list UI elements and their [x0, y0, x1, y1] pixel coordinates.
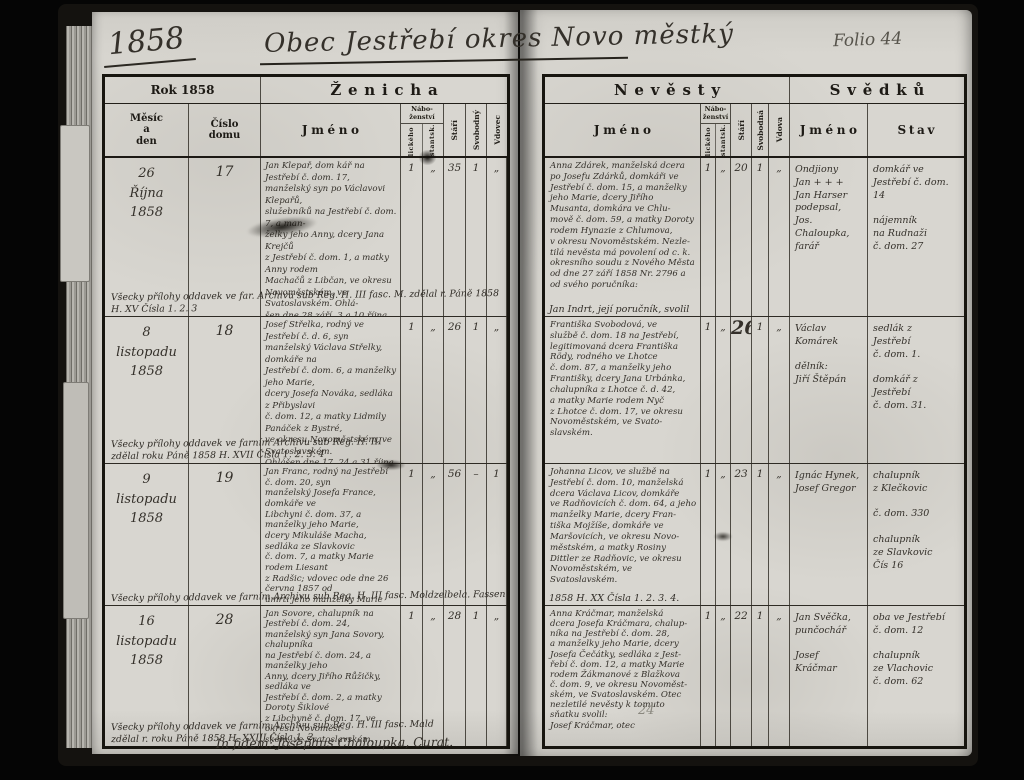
groom-table: Rok 1858 Ženicha Měsíc a den Číslo domu …	[102, 74, 510, 749]
bride-extra-note: 1858 H. XX Čísla 1. 2. 3. 4.	[549, 593, 701, 604]
record-row-groom: 16 listopadu 1858 28 Jan Sovore, chalupn…	[105, 606, 507, 746]
register-scan: 1858 Obec Jestřebí okres Novo městký Fol…	[0, 0, 1024, 780]
nabozenstvi-header-group: Nábo- ženství katolického protestantsk.	[401, 104, 444, 156]
bride-table-subheader: Jméno Nábo- ženství katolického protesta…	[545, 104, 964, 158]
bride-widow: „	[769, 606, 790, 746]
in-fidem-signature: In fidem: Josephus Chaloupka, Curat.	[216, 734, 453, 751]
record-row-groom: 26 Října 1858 17 Jan Klepař, dom kář na …	[105, 158, 507, 317]
groom-single: –	[466, 464, 487, 605]
bride-witness-table: Nevěsty Svědků Jméno Nábo- ženství katol…	[542, 74, 967, 749]
witness-names-cell: Ignác Hynek, Josef Gregor	[790, 464, 868, 605]
vdova-header: Vdova	[769, 104, 790, 156]
bride-protestant: „	[716, 158, 731, 316]
rok-header: Rok 1858	[105, 77, 261, 103]
protestantskeho-header: protestantsk.	[720, 124, 727, 156]
bride-name-cell: Johanna Licov, ve službě na Jestřebí č. …	[545, 464, 701, 605]
svobodny-header: Svobodný	[466, 104, 487, 156]
groom-catholic: 1	[401, 464, 423, 605]
folio-number: Folio 44	[833, 29, 903, 51]
nabozenstvi-header: Nábo- ženství	[401, 104, 443, 124]
groom-table-band: Rok 1858 Ženicha	[105, 77, 507, 104]
svobodna-header: Svobodná	[752, 104, 769, 156]
bride-widow: „	[769, 464, 790, 605]
mesic-den-header: Měsíc a den	[105, 104, 189, 156]
groom-widower: 1	[487, 464, 507, 605]
protestantskeho-header: protestantsk.	[429, 124, 436, 156]
bride-age: 20	[731, 158, 752, 316]
jmeno-nevesty-header: Jméno	[545, 104, 701, 156]
record-row-bride: Johanna Licov, ve službě na Jestřebí č. …	[545, 464, 964, 606]
jmeno-svedku-header: Jméno	[790, 104, 868, 156]
bride-table-band: Nevěsty Svědků	[545, 77, 964, 104]
bride-catholic: 1	[701, 158, 716, 316]
bride-name-cell: Františka Svobodová, ve službě č. dom. 1…	[545, 317, 701, 463]
stari-header: Stáří	[444, 104, 466, 156]
witness-status-cell: sedlák z Jestřebí č. dom. 1. domkář z Je…	[868, 317, 964, 463]
bride-single: 1	[752, 464, 769, 605]
record-row-bride: Anna Zdárek, manželská dcera po Josefu Z…	[545, 158, 964, 317]
record-date: 9 listopadu 1858	[105, 464, 189, 605]
witness-names-cell: Václav Komárek dělník: Jiří Štěpán	[790, 317, 868, 463]
page-tab	[60, 125, 90, 282]
bride-name-cell: Anna Kráčmar, manželská dcera Josefa Krá…	[545, 606, 701, 746]
bride-catholic: 1	[701, 464, 716, 605]
katolickeho-header: katolického	[408, 127, 415, 156]
witness-names-cell: Ondjiony Jan + + + Jan Harser podepsal, …	[790, 158, 868, 316]
nabozenstvi-header: Nábo- ženství	[701, 104, 730, 124]
attachments-note: Všecky přílohy oddavek ve farním Archivu…	[111, 435, 507, 463]
witness-status-cell: domkář ve Jestřebí č. dom. 14 nájemník n…	[868, 158, 964, 316]
bride-catholic: 1	[701, 606, 716, 746]
witness-names-cell: Jan Svěčka, punčochář Josef Kráčmar	[790, 606, 868, 746]
bride-protestant: „	[716, 606, 731, 746]
bride-age: 23	[731, 464, 752, 605]
bride-widow: „	[769, 158, 790, 316]
page-tab	[63, 382, 89, 619]
groom-protestant: „	[423, 464, 444, 605]
heading-year: 1858	[107, 21, 186, 63]
nabozenstvi-header-group: Nábo- ženství katolického protestantsk.	[701, 104, 731, 156]
bride-catholic: 1	[701, 317, 716, 463]
bride-age: 22	[731, 606, 752, 746]
groom-name-cell: Jan Franc, rodný na Jestřebí č. dom. 20,…	[261, 464, 401, 605]
zenicha-header: Ženicha	[261, 77, 507, 103]
record-row-groom: 9 listopadu 1858 19 Jan Franc, rodný na …	[105, 464, 507, 606]
bride-name-cell: Anna Zdárek, manželská dcera po Josefu Z…	[545, 158, 701, 316]
record-house-number: 19	[189, 464, 261, 605]
cislo-domu-header: Číslo domu	[189, 104, 261, 156]
bride-single: 1	[752, 317, 769, 463]
record-row-bride: Františka Svobodová, ve službě č. dom. 1…	[545, 317, 964, 464]
witness-status-cell: oba ve Jestřebí č. dom. 12 chalupník ze …	[868, 606, 964, 746]
witness-status-cell: chalupník z Klečkovic č. dom. 330 chalup…	[868, 464, 964, 605]
katolickeho-header: katolického	[705, 127, 712, 156]
bride-protestant: „	[716, 464, 731, 605]
bride-age: 26	[731, 317, 752, 463]
jmeno-header: Jméno	[261, 104, 401, 156]
groom-table-subheader: Měsíc a den Číslo domu Jméno Nábo- ženst…	[105, 104, 507, 158]
vdovec-header: Vdovec	[487, 104, 507, 156]
stari-header: Stáří	[731, 104, 752, 156]
pencil-mark: 24	[638, 703, 655, 718]
bride-extra-note: Jan Indrt, její poručník, svolil	[549, 304, 701, 315]
record-row-groom: 8 listopadu 1858 18 Josef Střelka, rodný…	[105, 317, 507, 464]
record-row-bride: Anna Kráčmar, manželská dcera Josefa Krá…	[545, 606, 964, 746]
nevesty-header: Nevěsty	[545, 77, 790, 103]
stav-header: Stav	[868, 104, 964, 156]
svedku-header: Svědků	[790, 77, 964, 103]
bride-single: 1	[752, 158, 769, 316]
bride-single: 1	[752, 606, 769, 746]
groom-age: 56	[444, 464, 466, 605]
bride-widow: „	[769, 317, 790, 463]
attachments-note: Všecky přílohy oddavek ve far. Archivu s…	[111, 288, 507, 316]
bride-protestant: „	[716, 317, 731, 463]
